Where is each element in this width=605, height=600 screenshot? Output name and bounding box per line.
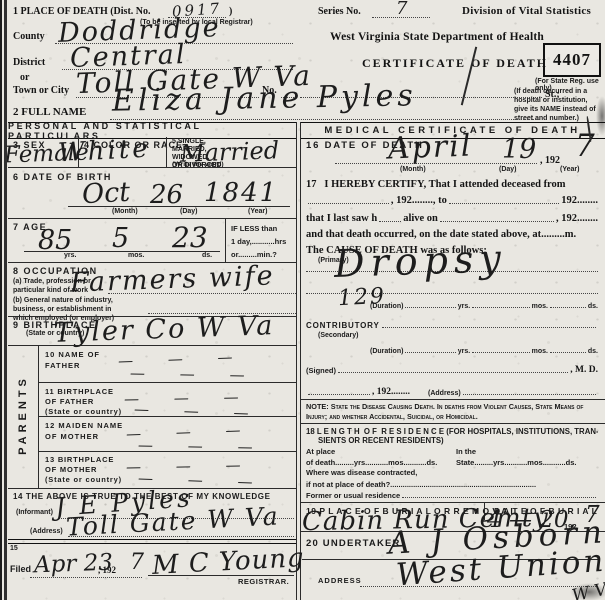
column-divider-2 xyxy=(300,122,301,600)
duration-mos-caption: mos. xyxy=(532,303,548,310)
signed-label: (Signed) xyxy=(306,366,336,375)
birthplace-value: Tyler Co W Va xyxy=(54,312,275,347)
column-divider xyxy=(296,122,297,600)
cause-duration-row: (Duration) yrs. mos. ds. xyxy=(370,298,598,310)
mother-birthplace-label: 13 BIRTHPLACE OF MOTHER (State or countr… xyxy=(45,455,122,485)
certificate-number: 4407 xyxy=(553,50,591,70)
leader-line xyxy=(449,203,559,204)
cause-code-value: 129 xyxy=(337,286,386,310)
place-paren: ) xyxy=(229,6,232,17)
registrar-label: REGISTRAR. xyxy=(238,577,289,586)
violent-causes-note: NOTE: State the Disease Causing Death. I… xyxy=(306,402,598,422)
contributory-duration-row: (Duration) yrs. mos. ds. xyxy=(370,343,598,355)
dob-day: 26 xyxy=(150,182,183,208)
duration-caption: (Duration) xyxy=(370,348,403,355)
age-mos-caption: mos. xyxy=(128,252,144,259)
filed-section-number: 15 xyxy=(10,545,18,552)
fullname-value: Eliza Jane Pyles xyxy=(112,81,417,116)
filed-label: Filed xyxy=(10,564,31,574)
if-less-line2: 1 day,...........hrs xyxy=(231,237,286,246)
parents-label: PARENTS xyxy=(17,355,29,475)
scan-left-edge-line xyxy=(0,0,2,600)
certify-line1: 17 I HEREBY CERTIFY, That I attended dec… xyxy=(306,179,598,190)
secondary-note: (Secondary) xyxy=(318,332,358,339)
dob-year: 1841 xyxy=(204,180,278,206)
cause-value: Dropsy xyxy=(333,239,507,283)
leader-line xyxy=(550,307,586,308)
death-192-printed: , 192 xyxy=(540,155,560,166)
certificate-title: CERTIFICATE OF DEATH xyxy=(362,56,548,71)
certify-line3: that I last saw h alive on , 192........ xyxy=(306,210,598,224)
division-title: Division of Vital Statistics xyxy=(462,5,591,17)
registrar-signature: M C Young xyxy=(151,545,305,579)
residence-label-line2: SIENTS OR RECENT RESIDENTS) xyxy=(318,436,444,445)
former-residence-row: Former or usual residence xyxy=(306,488,598,500)
mother-maiden-dashes2: — — — xyxy=(138,436,253,456)
note-top-rule xyxy=(300,399,605,400)
former-residence-label: Former or usual residence xyxy=(306,491,400,500)
certify-line2-192b: 192........ xyxy=(561,195,598,206)
district-label: District xyxy=(13,57,45,68)
death-month-value: April xyxy=(388,132,473,165)
if-less-line3: or.........min.? xyxy=(231,250,277,259)
leader-line xyxy=(405,352,455,353)
filed-date-value: Apr 23 xyxy=(34,552,114,578)
leader-line xyxy=(382,327,596,328)
duration-ds-caption: ds. xyxy=(588,348,598,355)
undertaker-address-label: ADDRESS xyxy=(318,576,362,585)
death-year-caption: (Year) xyxy=(560,166,579,173)
father-birthplace-dashes2: — — — xyxy=(134,400,249,422)
dob-row-rule xyxy=(8,218,296,219)
leader-line xyxy=(472,352,529,353)
informant-label: (Informant) xyxy=(16,509,53,516)
race-marital-divider xyxy=(166,137,167,167)
death-day-value: 19 xyxy=(502,136,536,163)
occupation-value: Farmers wife xyxy=(70,262,275,296)
signed-row: (Signed) , M. D. xyxy=(306,361,598,375)
duration-yrs-caption: yrs. xyxy=(458,348,470,355)
series-no-label: Series No. xyxy=(318,6,361,17)
dob-month-caption: (Month) xyxy=(112,208,138,215)
mother-maiden-label: 12 MAIDEN NAME OF MOTHER xyxy=(45,421,123,442)
age-months: 5 xyxy=(112,225,129,252)
death-month-caption: (Month) xyxy=(400,166,426,173)
md-label: , M. D. xyxy=(570,365,598,375)
race-value: White xyxy=(57,136,151,167)
age-ifless-divider xyxy=(225,218,226,262)
informant-address-label: (Address) xyxy=(30,528,63,535)
series-no-value: 7 xyxy=(396,0,407,18)
age-days: 23 xyxy=(172,224,208,252)
age-years: 85 xyxy=(38,227,72,254)
death-day-caption: (Day) xyxy=(499,166,517,173)
filed-section-rule xyxy=(8,539,296,544)
leader-line xyxy=(405,307,455,308)
town-label: Town or City xyxy=(13,85,69,96)
dob-month: Oct xyxy=(81,179,130,208)
residence-in-state: In the State.........yrs...........mos..… xyxy=(456,446,576,469)
leader-line xyxy=(379,221,401,222)
signature-line xyxy=(338,372,568,373)
department-title: West Virginia State Department of Health xyxy=(330,31,544,43)
certify-line3-192: , 192........ xyxy=(556,213,598,224)
burial-top-rule xyxy=(300,502,605,503)
signed-192-printed: , 192........ xyxy=(372,387,410,397)
hospital-note: (If death occurred in a hospital or inst… xyxy=(514,87,602,123)
leader-line xyxy=(308,394,370,395)
contributory-label: CONTRIBUTORY xyxy=(306,321,380,330)
or-label: or xyxy=(20,72,29,83)
duration-ds-caption: ds. xyxy=(588,303,598,310)
signed-address-caption: (Address) xyxy=(428,390,461,397)
death-certificate-scan: 1 PLACE OF DEATH (Dist. No. 0917 ) (To b… xyxy=(0,0,605,600)
undertaker-label: 20 UNDERTAKER xyxy=(306,538,401,549)
fullname-label: 2 FULL NAME xyxy=(13,106,86,118)
leader-line xyxy=(550,352,586,353)
death-year-value: 7 xyxy=(575,131,595,162)
residence-at-place: At place of death.........yrs...........… xyxy=(306,446,437,469)
certify-line3-aliveon: alive on xyxy=(403,213,438,224)
leader-line xyxy=(463,394,596,395)
certify-line2: , 192........, to 192........ xyxy=(306,192,598,206)
certificate-number-box: 4407 xyxy=(543,43,601,77)
contributory-row: CONTRIBUTORY xyxy=(306,318,598,330)
father-birthplace-label: 11 BIRTHPLACE OF FATHER (State or countr… xyxy=(45,387,122,417)
sex-row-rule xyxy=(8,167,296,168)
if-less-line1: IF LESS than xyxy=(231,224,277,233)
leader-line xyxy=(402,497,596,498)
duration-yrs-caption: yrs. xyxy=(458,303,470,310)
father-name-label: 10 NAME OF FATHER xyxy=(45,350,100,371)
father-name-dashes2: — — — xyxy=(130,364,245,384)
certify-line2-192: , 192........, to xyxy=(391,195,447,206)
residence-label-line1: 18 L E N G T H O F R E S I D E N C E (FO… xyxy=(306,427,598,436)
scan-left-edge-line2 xyxy=(4,0,7,600)
duration-mos-caption: mos. xyxy=(532,348,548,355)
filed-year-value: 7 xyxy=(130,552,144,574)
leader-line xyxy=(308,203,389,204)
leader-line xyxy=(440,221,554,222)
certify-line3-text: that I last saw h xyxy=(306,213,377,224)
marital-value: Married xyxy=(180,138,280,165)
county-label: County xyxy=(13,31,45,42)
note-bottom-rule xyxy=(300,423,605,424)
signed-date-address-row: , 192........ (Address) xyxy=(306,383,598,397)
leader-line xyxy=(472,307,529,308)
dob-year-caption: (Year) xyxy=(248,208,267,215)
